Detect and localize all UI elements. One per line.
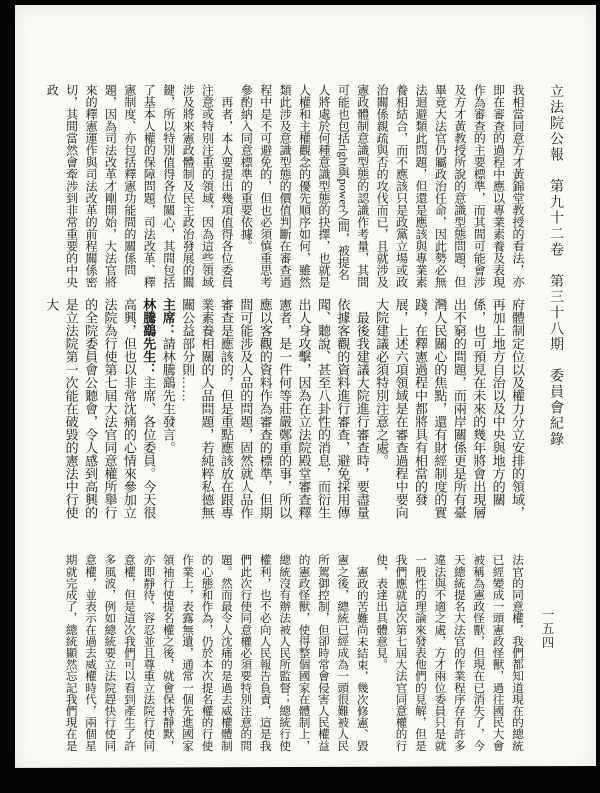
- paragraph-speech-continued: 我相當同意方才黃錦堂教授的看法，亦即在審查的過程中應以專業素養及表現作為審查的主…: [236, 84, 527, 290]
- chair-announcement-text: 請林騰鷂先生發言。: [161, 337, 176, 454]
- text-band-upper: 我相當同意方才黃錦堂教授的看法，亦即在審查的過程中應以專業素養及表現作為審查的主…: [60, 84, 527, 290]
- paragraph-speech: 最後我建議大院進行審查時，要盡量依據客觀的資料進行審查，避免採用傳聞、聽說、甚至…: [178, 298, 372, 521]
- paragraph-chair-announcement: 主席：請林騰鷂先生發言。: [158, 298, 177, 521]
- witness-speech-text: 主席、各位委員。今天很高興，但也以非常沈痛的心情來參加立法院為行使第七屆大法官同…: [44, 298, 156, 519]
- speaker-name-chair: 主席：: [161, 298, 176, 337]
- text-band-middle: 府體制定位以及權力分立安排的領域，再加上地方自治以及中央與地方的關係，也可預見在…: [60, 298, 527, 521]
- page-number: 一五四: [538, 608, 556, 656]
- paragraph-speech-continued: 法官的同意權，我們都知道現在的總統已經變成一頭憲政怪獸，過往國民大會被稱為憲政怪…: [372, 554, 527, 754]
- paragraph-speech: 憲政的苦難尚未結束，幾次修憲、毀憲之後，總統已經成為一頭很難被人民所駕御控制，但…: [61, 554, 372, 754]
- scan-bottom-border: [0, 766, 600, 793]
- scanned-gazette-page: 立法院公報 第九十二卷 第三十八期 委員會紀錄 一五四 我相當同意方才黃錦堂教授…: [0, 0, 600, 793]
- gazette-header-title: 立法院公報 第九十二卷 第三十八期 委員會紀錄: [545, 84, 565, 464]
- speaker-name-witness: 林騰鷂先生：: [141, 298, 156, 376]
- text-band-lower: 法官的同意權，我們都知道現在的總統已經變成一頭憲政怪獸，過往國民大會被稱為憲政怪…: [60, 554, 527, 754]
- paragraph-witness-speech: 林騰鷂先生：主席、各位委員。今天很高興，但也以非常沈痛的心情來參加立法院為行使第…: [42, 298, 158, 521]
- paragraph-speech-continued: 府體制定位以及權力分立安排的領域，再加上地方自治以及中央與地方的關係，也可預見在…: [372, 298, 527, 521]
- paragraph-speech: 再者，本人要提出幾項值得各位委員注意或特別注重的領域，因為這些領域涉及將來憲政體…: [42, 84, 236, 290]
